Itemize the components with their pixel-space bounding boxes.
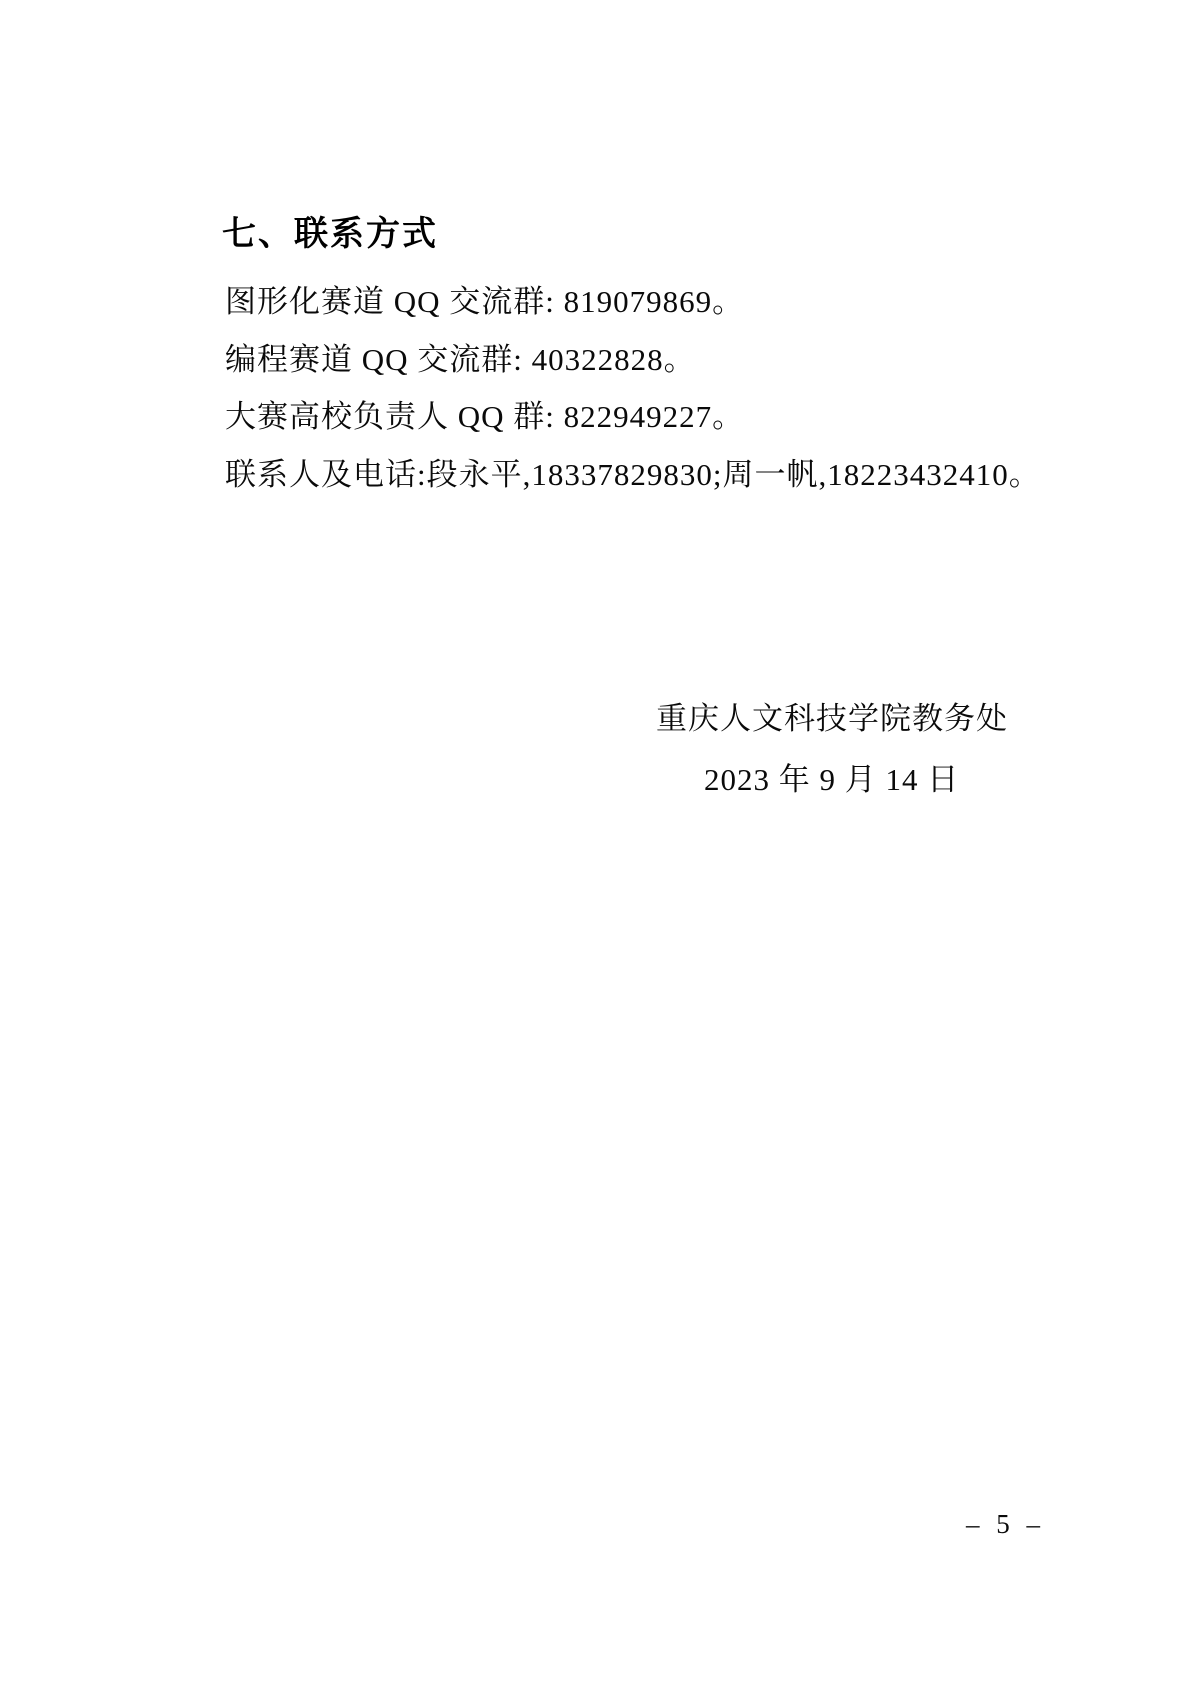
signature-date: 2023 年 9 月 14 日: [704, 760, 959, 800]
section-heading: 七、联系方式: [222, 214, 438, 254]
contact-line-programming-track-qq: 编程赛道 QQ 交流群: 40322828。: [225, 340, 696, 380]
page-number: – 5 –: [966, 1508, 1045, 1540]
contact-line-university-leader-qq: 大赛高校负责人 QQ 群: 822949227。: [225, 397, 744, 437]
signature-organization: 重庆人文科技学院教务处: [656, 699, 1008, 739]
contact-line-persons-phones: 联系人及电话:段永平,18337829830;周一帆,18223432410。: [225, 455, 1041, 495]
document-page: 七、联系方式 图形化赛道 QQ 交流群: 819079869。 编程赛道 QQ …: [0, 0, 1191, 1684]
contact-line-graphical-track-qq: 图形化赛道 QQ 交流群: 819079869。: [225, 282, 744, 322]
